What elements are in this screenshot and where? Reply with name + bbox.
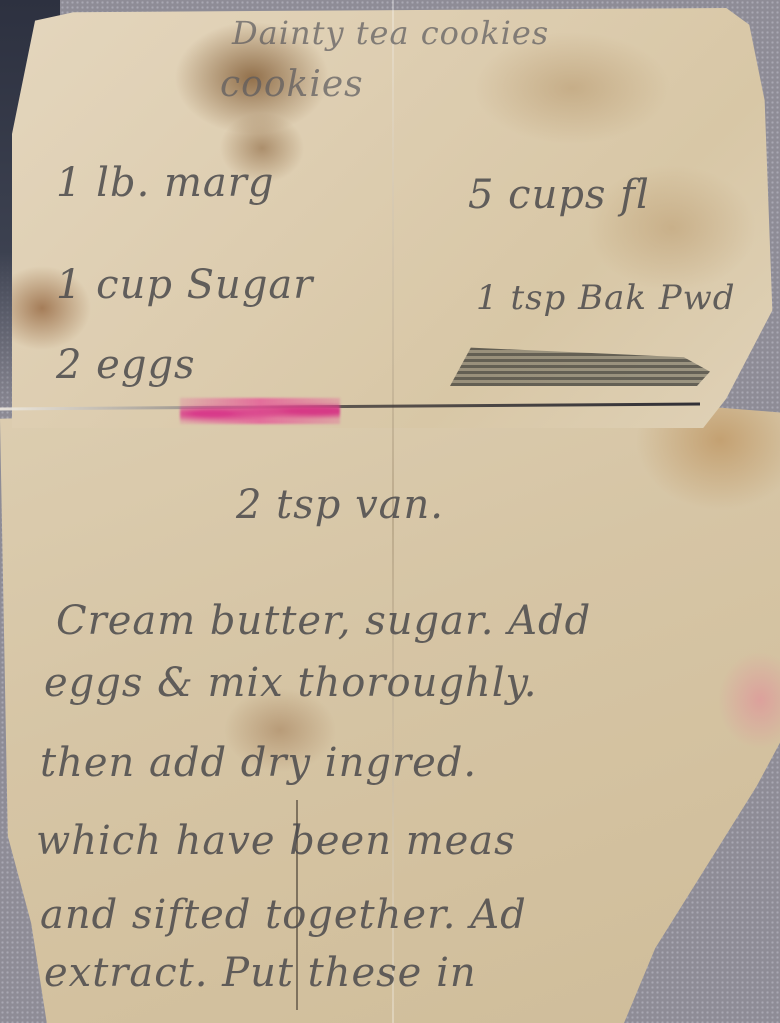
method-line-4: which have been meas: [36, 818, 516, 864]
method-line-2: eggs & mix thoroughly.: [44, 660, 537, 706]
ingredient-vanilla: 2 tsp van.: [236, 482, 444, 528]
method-line-1: Cream butter, sugar. Add: [56, 598, 591, 644]
method-line-5: and sifted together. Ad: [40, 892, 527, 938]
ingredient-sugar: 1 cup Sugar: [56, 262, 313, 308]
recipe-title-2: cookies: [220, 64, 364, 105]
ingredient-eggs: 2 eggs: [56, 342, 196, 388]
recipe-title: Dainty tea cookies: [232, 14, 549, 52]
pink-ink-stain: [180, 398, 340, 424]
ingredient-margarine: 1 lb. marg: [56, 160, 275, 206]
ingredient-baking-powder: 1 tsp Bak Pwd: [476, 278, 736, 318]
method-line-6: extract. Put these in: [44, 950, 477, 996]
method-line-3: then add dry ingred.: [40, 740, 477, 786]
ingredient-flour: 5 cups fl: [468, 172, 650, 218]
